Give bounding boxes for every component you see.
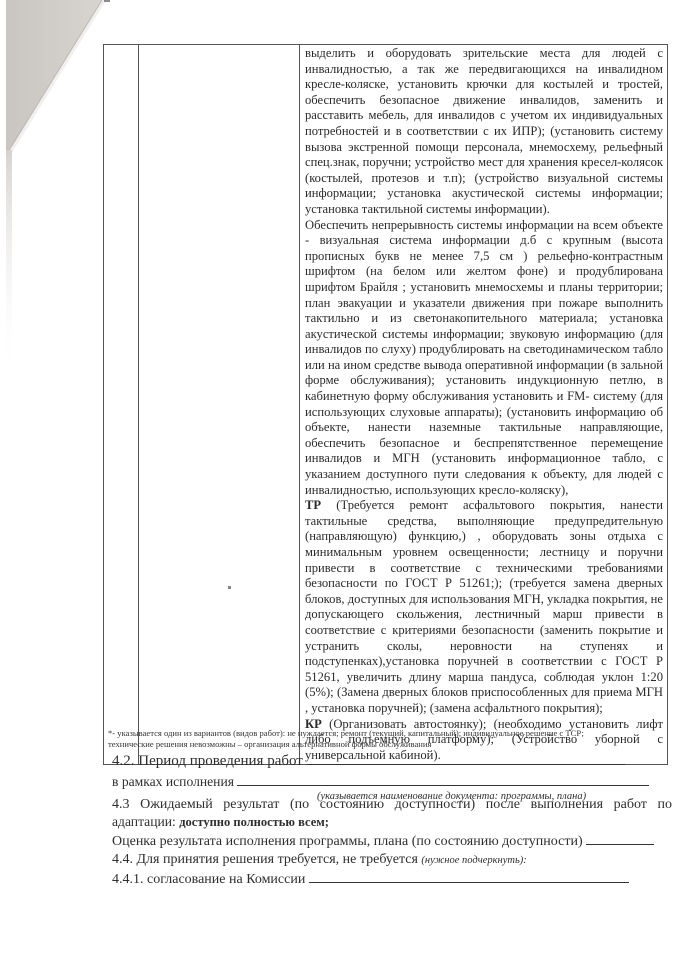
measures-paragraph-1: выделить и оборудовать зрительские места…: [305, 46, 663, 218]
expected-result-value: доступно полностью всем;: [179, 815, 329, 829]
work-period-label: 4.2. Период проведения работ: [112, 753, 303, 769]
execution-framework-label: в рамках исполнения: [112, 774, 234, 789]
commission-approval-label: 4.4.1. согласование на Комиссии: [112, 872, 305, 887]
footnote-line-1: *- указывается один из вариантов (видов …: [108, 728, 668, 739]
footnote: *- указывается один из вариантов (видов …: [108, 728, 668, 750]
table-row: выделить и оборудовать зрительские места…: [104, 45, 668, 765]
section-4-2: 4.2. Период проведения работ в рамках ис…: [112, 752, 672, 802]
table-cell-object: [139, 45, 300, 765]
page-fold-shadow: [0, 0, 110, 380]
measures-paragraph-tr: ТР (Требуется ремонт асфальтового покрыт…: [305, 498, 663, 716]
tr-label: ТР: [305, 498, 321, 512]
evaluation-field[interactable]: [586, 832, 654, 845]
work-period-field[interactable]: [307, 752, 625, 765]
decision-hint: (нужное подчеркнуть):: [421, 855, 526, 866]
tr-text: (Требуется ремонт асфальтового покрытия,…: [305, 498, 663, 715]
evaluation-label: Оценка результата исполнения программы, …: [112, 834, 583, 849]
section-4-3: 4.3 Ожидаемый результат (по состоянию до…: [112, 797, 672, 888]
table-cell-number: [104, 45, 139, 765]
expected-result-line-1: 4.3 Ожидаемый результат (по состоянию до…: [112, 797, 672, 813]
footnote-line-2: технические решения невозможны – организ…: [108, 739, 668, 750]
measures-table: выделить и оборудовать зрительские места…: [103, 44, 668, 765]
execution-framework-field[interactable]: [237, 773, 649, 786]
expected-result-prefix: адаптации:: [112, 814, 176, 829]
measures-paragraph-2: Обеспечить непрерывность системы информа…: [305, 218, 663, 499]
commission-approval-field[interactable]: [309, 870, 629, 883]
table-cell-measures: выделить и оборудовать зрительские места…: [300, 45, 668, 765]
decision-label: 4.4. Для принятия решения требуется, не …: [112, 852, 418, 867]
